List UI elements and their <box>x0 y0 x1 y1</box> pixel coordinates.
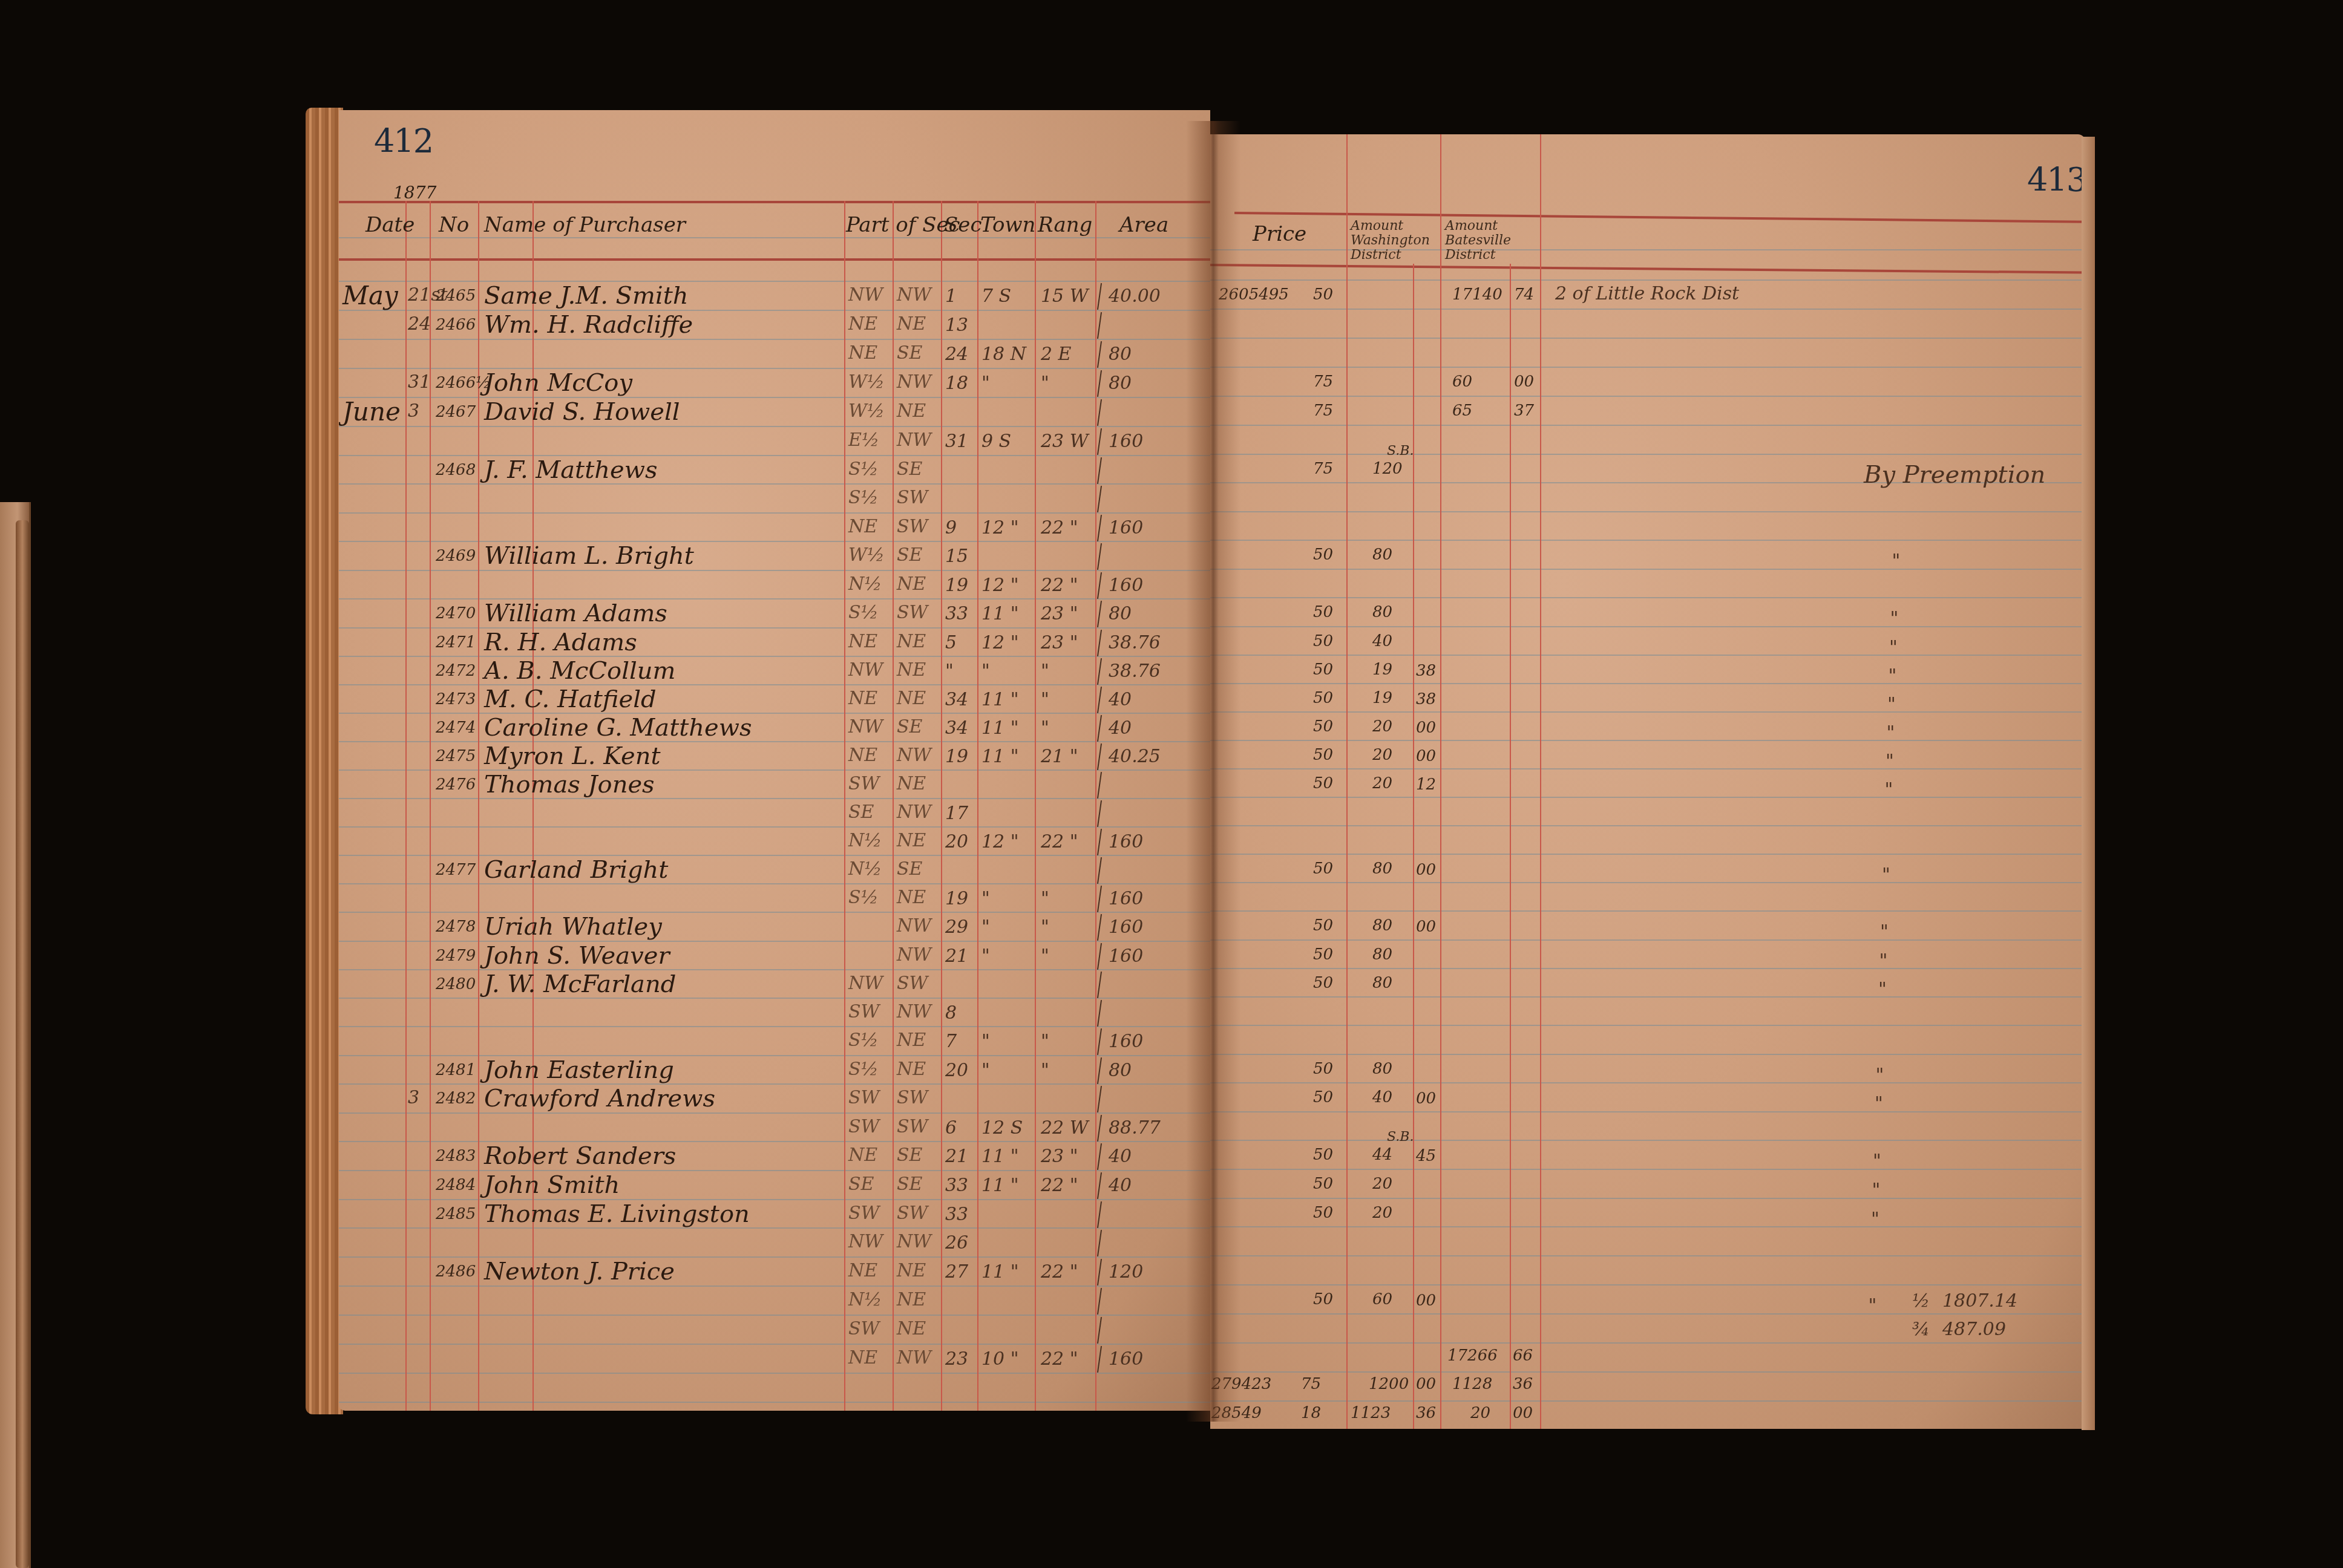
entry-number: 2475 <box>436 747 476 765</box>
range: 22 W <box>1041 1117 1089 1138</box>
washington-amount: 19 <box>1372 661 1392 679</box>
section: 9 <box>945 517 957 538</box>
price-cents: 50 <box>1313 946 1333 964</box>
section: 21 <box>945 946 968 967</box>
remark: " <box>1871 1209 1879 1230</box>
washington-amount: 40 <box>1372 1088 1392 1106</box>
purchaser-name: Caroline G. Matthews <box>484 714 752 742</box>
check-mark <box>1097 370 1102 397</box>
purchaser-name: J. F. Matthews <box>484 456 657 484</box>
washington-cents: 38 <box>1416 690 1436 708</box>
part-of-section-sub: NE <box>897 1030 926 1051</box>
washington-amount: 20 <box>1372 717 1392 736</box>
purchaser-name: Uriah Whatley <box>484 913 662 941</box>
part-of-section-sub: SE <box>897 342 922 364</box>
page-number-left: 412 <box>374 122 433 160</box>
part-of-section-sub: SW <box>897 1087 928 1108</box>
row-rule <box>1210 1371 2085 1373</box>
purchaser-name: Wm. H. Radcliffe <box>484 311 693 339</box>
check-mark <box>1097 772 1102 799</box>
range: 2 E <box>1041 344 1072 365</box>
header-rule-bottom <box>339 258 1210 261</box>
remark: " <box>1887 722 1895 743</box>
entry-number: 2484 <box>436 1176 476 1194</box>
purchaser-name: John S. Weaver <box>484 942 670 970</box>
part-of-section-sub: NE <box>897 830 926 851</box>
price-cents: 50 <box>1313 1204 1333 1222</box>
check-mark <box>1097 1201 1102 1228</box>
township: 12 " <box>981 517 1019 538</box>
table-row: 2480J. W. McFarlandNWSW <box>339 972 1210 1001</box>
washington-amount: 80 <box>1372 974 1392 992</box>
section: 21 <box>945 1146 968 1167</box>
section: 18 <box>945 373 968 394</box>
washington-amount: 80 <box>1372 860 1392 878</box>
remark: " <box>1880 921 1889 942</box>
side-total-value: 1807.14 <box>1942 1290 2017 1312</box>
check-mark <box>1097 1288 1102 1315</box>
area: 40 <box>1109 689 1132 710</box>
total2-washington-cents: 36 <box>1416 1404 1436 1422</box>
section: 1 <box>945 286 957 307</box>
range: " <box>1041 916 1049 938</box>
area: 80 <box>1109 344 1132 365</box>
price-cents: 50 <box>1313 689 1333 707</box>
check-mark <box>1097 1028 1102 1055</box>
table-row: S½SW <box>339 486 1210 515</box>
section: 34 <box>945 689 968 710</box>
header-area: Area <box>1119 213 1168 237</box>
part-of-section: N½ <box>848 1289 882 1310</box>
table-row: 2472A. B. McCollumNWNE"""38.76 <box>339 658 1210 687</box>
remark: By Preemption <box>1864 461 2045 489</box>
header-rule-bottom <box>1210 264 2085 274</box>
table-row: E½NW319 S23 W160 <box>339 428 1210 457</box>
cents-rule <box>1510 264 1511 1429</box>
table-row: 2470William AdamsS½SW3311 "23 "80 <box>339 601 1210 630</box>
township: 18 N <box>981 344 1026 365</box>
washington-note: S.B. <box>1387 1130 1414 1145</box>
section: 8 <box>945 1002 957 1024</box>
washington-amount: 20 <box>1372 1204 1392 1222</box>
price-cents: 50 <box>1313 546 1333 564</box>
table-row: 5020" <box>1210 1171 2085 1200</box>
washington-cents: 00 <box>1416 719 1436 737</box>
table-row: N½NE <box>339 1288 1210 1317</box>
section: 7 <box>945 1031 957 1052</box>
part-of-section: SW <box>848 1318 879 1339</box>
part-of-section: E½ <box>848 430 879 451</box>
header-rule-mid <box>339 237 1210 238</box>
section: 24 <box>945 344 968 365</box>
section: 23 <box>945 1348 968 1370</box>
washington-amount: 20 <box>1372 774 1392 792</box>
row-rule <box>1210 454 2085 455</box>
part-of-section-sub: NE <box>897 631 926 652</box>
check-mark <box>1097 829 1102 855</box>
area: 40 <box>1109 1175 1132 1196</box>
check-mark <box>1097 312 1102 339</box>
area: 80 <box>1109 373 1132 394</box>
part-of-section-sub: NE <box>897 400 926 422</box>
part-of-section: NE <box>848 745 877 766</box>
part-of-section: NW <box>848 1231 883 1252</box>
section: 13 <box>945 315 968 336</box>
total2-batesville-cents: 00 <box>1513 1404 1533 1422</box>
total1-washington-cents: 00 <box>1416 1375 1436 1393</box>
check-mark <box>1097 341 1102 368</box>
part-of-section: NE <box>848 688 877 709</box>
row-rule <box>1210 540 2085 541</box>
check-mark <box>1097 658 1102 685</box>
check-mark <box>1097 572 1102 599</box>
page-number-right: 413 <box>2027 161 2085 199</box>
part-of-section-sub: NE <box>897 1318 926 1339</box>
area: 80 <box>1109 603 1132 624</box>
part-of-section-sub: SW <box>897 516 928 537</box>
purchaser-name: Robert Sanders <box>484 1142 676 1170</box>
part-of-section-sub: SE <box>897 716 922 737</box>
part-of-section: W½ <box>848 400 885 422</box>
area: 160 <box>1109 517 1143 538</box>
part-of-section-sub: NW <box>897 284 931 305</box>
part-of-section-sub: NW <box>897 1001 931 1022</box>
purchaser-name: Garland Bright <box>484 856 668 884</box>
range: " <box>1041 689 1049 710</box>
part-of-section-sub: SE <box>897 459 922 480</box>
area: 160 <box>1109 831 1143 852</box>
page-stack-right-edge <box>2082 137 2095 1430</box>
remark: " <box>1889 665 1897 687</box>
table-row: 5080" <box>1210 1056 2085 1085</box>
washington-cents: 00 <box>1416 1089 1436 1108</box>
table-row: 2481John EasterlingS½NE20""80 <box>339 1057 1210 1086</box>
table-row: N½NE2012 "22 "160 <box>339 829 1210 858</box>
part-of-section-sub: NE <box>897 573 926 595</box>
remark: " <box>1878 979 1887 1000</box>
entry-number: 2477 <box>436 861 476 879</box>
township: 11 " <box>981 689 1019 710</box>
year-label: 1877 <box>393 183 436 203</box>
check-mark <box>1097 457 1102 484</box>
purchaser-name: Thomas Jones <box>484 771 655 799</box>
township: " <box>981 661 990 682</box>
price-cents: 50 <box>1313 603 1333 621</box>
part-of-section-sub: SE <box>897 1145 922 1166</box>
table-row: 242466Wm. H. RadcliffeNENE13 <box>339 312 1210 341</box>
table-row: 75S.B.120By Preemption <box>1210 456 2085 485</box>
section: 31 <box>945 431 968 452</box>
check-mark <box>1097 857 1102 884</box>
range: 22 " <box>1041 831 1078 852</box>
ledger-page-left: 412 1877 DateNoName of PurchaserPart of … <box>339 110 1210 1411</box>
washington-cents: 45 <box>1416 1147 1436 1165</box>
section: 19 <box>945 746 968 767</box>
part-of-section: SE <box>848 802 874 823</box>
section: 29 <box>945 916 968 938</box>
row-rule <box>1210 511 2085 512</box>
header-price: Price <box>1253 222 1306 246</box>
table-row: S½NE19""160 <box>339 886 1210 915</box>
table-row: S½NE7""160 <box>339 1028 1210 1057</box>
remark: " <box>1887 694 1896 715</box>
section: 33 <box>945 603 968 624</box>
entry-number: 2485 <box>436 1205 476 1223</box>
area: 80 <box>1109 1060 1132 1081</box>
washington-cents: 38 <box>1416 662 1436 680</box>
remark: " <box>1885 779 1893 800</box>
section: 6 <box>945 1117 957 1138</box>
range: 22 " <box>1041 1175 1078 1196</box>
township: " <box>981 916 990 938</box>
batesville-amount: 17140 <box>1452 286 1502 304</box>
section: 27 <box>945 1261 968 1282</box>
table-row: 312466½John McCoyW½NW18""80 <box>339 370 1210 399</box>
table-row: 756000 <box>1210 369 2085 398</box>
table-row: 2483Robert SandersNESE2111 "23 "40 <box>339 1143 1210 1172</box>
row-rule <box>339 1402 1210 1403</box>
check-mark <box>1097 1317 1102 1344</box>
township: 11 " <box>981 1261 1019 1282</box>
price-cents: 50 <box>1313 916 1333 935</box>
township: " <box>981 1060 990 1081</box>
entry-day: 24 <box>408 313 431 335</box>
township: 12 " <box>981 575 1019 596</box>
washington-amount: 60 <box>1372 1290 1392 1308</box>
table-row: 2477Garland BrightN½SE <box>339 857 1210 886</box>
entry-day: 3 <box>408 1087 419 1108</box>
washington-amount: 80 <box>1372 603 1392 621</box>
range: 23 " <box>1041 1146 1078 1167</box>
loose-sheet-binding-string <box>16 520 29 1568</box>
table-row: 2473M. C. HatfieldNENE3411 ""40 <box>339 687 1210 716</box>
entry-day: 3 <box>408 400 419 422</box>
section: 19 <box>945 575 968 596</box>
part-of-section-sub: NW <box>897 944 931 965</box>
washington-amount: 80 <box>1372 946 1392 964</box>
price-cents: 50 <box>1313 286 1333 304</box>
check-mark <box>1097 1259 1102 1285</box>
table-row: 2479John S. WeaverNW21""160 <box>339 943 1210 972</box>
range: 23 W <box>1041 431 1089 452</box>
row-rule <box>1210 1400 2085 1402</box>
table-row: SWSW612 S22 W88.77 <box>339 1115 1210 1144</box>
range: 23 " <box>1041 632 1078 653</box>
part-of-section-sub: NE <box>897 659 926 681</box>
entry-number: 2473 <box>436 690 476 708</box>
range: " <box>1041 888 1049 909</box>
row-rule <box>339 281 1210 282</box>
check-mark <box>1097 687 1102 713</box>
washington-cents: 00 <box>1416 861 1436 879</box>
entry-number: 2482 <box>436 1089 476 1108</box>
washington-amount: 80 <box>1372 546 1392 564</box>
entry-number: 2469 <box>436 547 476 565</box>
price-cents: 50 <box>1313 860 1333 878</box>
washington-cents: 00 <box>1416 918 1436 936</box>
purchaser-name: Myron L. Kent <box>484 742 661 770</box>
range: " <box>1041 946 1049 967</box>
side-total-value: 487.09 <box>1942 1319 2006 1340</box>
header-washington-district: Amount Washington District <box>1351 219 1441 263</box>
table-row: NESE2418 N2 E80 <box>339 341 1210 370</box>
table-row: May21st2465Same J.M. SmithNWNW17 S15 W40… <box>339 283 1210 312</box>
price-cents: 50 <box>1313 1088 1333 1106</box>
part-of-section-sub: SW <box>897 1203 928 1224</box>
entry-month: June <box>342 397 401 426</box>
part-of-section: NE <box>848 516 877 537</box>
row-rule <box>1210 279 2085 281</box>
part-of-section-sub: SE <box>897 544 922 566</box>
range: " <box>1041 1060 1049 1081</box>
entry-number: 2470 <box>436 604 476 622</box>
price-cents: 50 <box>1313 1060 1333 1078</box>
purchaser-name: John McCoy <box>484 369 632 397</box>
purchaser-name: A. B. McCollum <box>484 657 675 685</box>
part-of-section-sub: NW <box>897 1231 931 1252</box>
remark: " <box>1875 1093 1883 1114</box>
area: 40 <box>1109 717 1132 739</box>
township: 9 S <box>981 431 1011 452</box>
batesville-amount: 60 <box>1452 373 1472 391</box>
check-mark <box>1097 943 1102 970</box>
area: 160 <box>1109 888 1143 909</box>
batesville-cents: 37 <box>1514 402 1534 420</box>
range: " <box>1041 717 1049 739</box>
check-mark <box>1097 715 1102 742</box>
check-mark <box>1097 1057 1102 1084</box>
entry-number: 2486 <box>436 1263 476 1281</box>
row-rule <box>1210 1284 2085 1285</box>
entry-number: 2474 <box>436 719 476 737</box>
table-row: SWNE <box>339 1317 1210 1346</box>
area: 160 <box>1109 1031 1143 1052</box>
total1-batesville: 1128 <box>1452 1375 1492 1393</box>
part-of-section: S½ <box>848 487 879 508</box>
total1-batesville-cents: 36 <box>1513 1375 1533 1393</box>
header-rang: Rang <box>1038 213 1092 237</box>
check-mark <box>1097 544 1102 570</box>
township: 12 S <box>981 1117 1023 1138</box>
header-date: Date <box>365 213 415 237</box>
side-total-label: ½ <box>1912 1290 1930 1312</box>
part-of-section-sub: SW <box>897 487 928 508</box>
part-of-section: N½ <box>848 573 882 595</box>
washington-note: S.B. <box>1387 444 1414 459</box>
table-row: 2478Uriah WhatleyNW29""160 <box>339 914 1210 943</box>
area: 160 <box>1109 946 1143 967</box>
part-of-section: NW <box>848 659 883 681</box>
table-row: 5080" <box>1210 542 2085 571</box>
check-mark <box>1097 1143 1102 1170</box>
table-row: 2469William L. BrightW½SE15 <box>339 543 1210 572</box>
range: 22 " <box>1041 517 1078 538</box>
section: 34 <box>945 717 968 739</box>
part-of-section-sub: NE <box>897 688 926 709</box>
part-of-section: SE <box>848 1174 874 1195</box>
section: 33 <box>945 1175 968 1196</box>
price-cents: 75 <box>1313 373 1333 391</box>
area: 88.77 <box>1109 1117 1161 1138</box>
table-row: 2484John SmithSESE3311 "22 "40 <box>339 1172 1210 1201</box>
washington-amount: 120 <box>1372 460 1403 478</box>
price-cents: 50 <box>1313 1146 1333 1164</box>
purchaser-name: Newton J. Price <box>484 1258 675 1285</box>
part-of-section: W½ <box>848 544 885 566</box>
check-mark <box>1097 399 1102 426</box>
table-row: 32482Crawford AndrewsSWSW <box>339 1086 1210 1115</box>
table-row: 2485Thomas E. LivingstonSWSW33 <box>339 1201 1210 1230</box>
area: 160 <box>1109 575 1143 596</box>
range: " <box>1041 373 1049 394</box>
township: " <box>981 373 990 394</box>
check-mark <box>1097 1230 1102 1256</box>
batesville-amount: 65 <box>1452 402 1472 420</box>
table-row: 2474Caroline G. MatthewsNWSE3411 ""40 <box>339 715 1210 744</box>
township: 10 " <box>981 1348 1019 1370</box>
price-cents: 50 <box>1313 632 1333 650</box>
part-of-section: NE <box>848 313 877 335</box>
check-mark <box>1097 1086 1102 1112</box>
part-of-section: SW <box>848 773 879 794</box>
entry-number: 2481 <box>436 1061 476 1079</box>
part-of-section: NW <box>848 973 883 994</box>
entry-number: 2467 <box>436 403 476 421</box>
section: " <box>945 661 954 682</box>
part-of-section: S½ <box>848 602 879 623</box>
area: 40 <box>1109 1146 1132 1167</box>
table-row: 5080" <box>1210 599 2085 629</box>
price-cents: 50 <box>1313 1175 1333 1193</box>
washington-cents: 12 <box>1416 776 1436 794</box>
range: 22 " <box>1041 575 1078 596</box>
area: 38.76 <box>1109 632 1161 653</box>
total2-price-cents: 18 <box>1301 1404 1321 1422</box>
township: 12 " <box>981 831 1019 852</box>
part-of-section: NW <box>848 716 883 737</box>
purchaser-name: William Adams <box>484 599 667 627</box>
table-row: 5080" <box>1210 942 2085 971</box>
remark: " <box>1890 608 1899 629</box>
entry-number: 2471 <box>436 633 476 652</box>
entry-month: May <box>342 281 398 310</box>
price-cents: 75 <box>1313 402 1333 420</box>
section: 5 <box>945 632 957 653</box>
part-of-section: SW <box>848 1001 879 1022</box>
check-mark <box>1097 972 1102 998</box>
header-no: No <box>439 213 469 237</box>
table-row: 756537 <box>1210 398 2085 427</box>
row-rule <box>1210 597 2085 598</box>
part-of-section: NE <box>848 631 877 652</box>
total2-washington: 1123 <box>1351 1404 1391 1422</box>
table-row: 502012" <box>1210 771 2085 800</box>
row-rule <box>1210 367 2085 368</box>
row-rule <box>1210 1140 2085 1141</box>
washington-amount: 20 <box>1372 1175 1392 1193</box>
part-of-section-sub: NW <box>897 371 931 393</box>
check-mark <box>1097 1000 1102 1027</box>
table-row: 2476Thomas JonesSWNE <box>339 772 1210 801</box>
remark: " <box>1882 864 1890 886</box>
part-of-section-sub: NW <box>897 430 931 451</box>
township: 11 " <box>981 1146 1019 1167</box>
entry-number: 2468 <box>436 461 476 479</box>
table-row: 26054955017140742 of Little Rock Dist <box>1210 282 2085 311</box>
table-row: 5020" <box>1210 1200 2085 1229</box>
price-cents: 50 <box>1313 661 1333 679</box>
section: 20 <box>945 831 968 852</box>
